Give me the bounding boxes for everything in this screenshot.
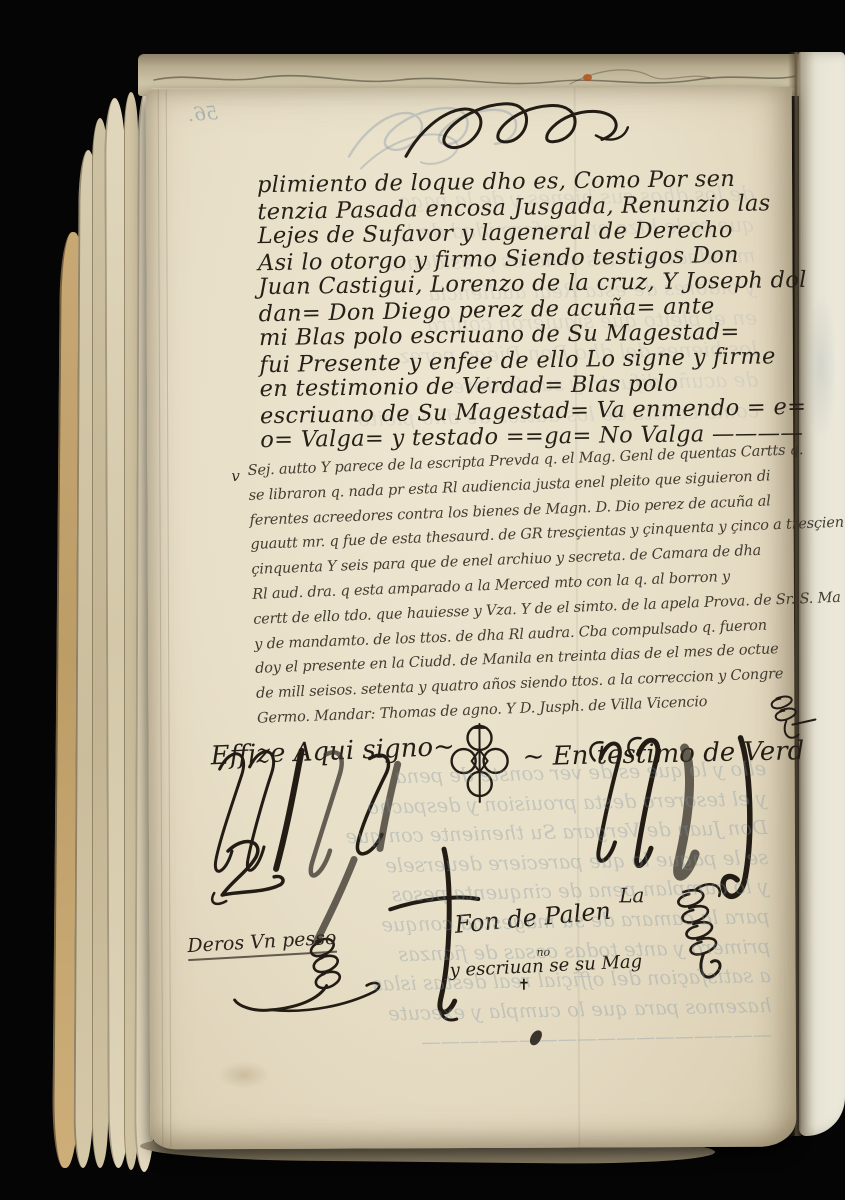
ghost-showthrough-lower: ello y lo que es de ver conste de penay … — [231, 754, 772, 1062]
marginal-check-mark: v — [231, 467, 240, 485]
folio-number: 56. — [187, 102, 219, 126]
crease-line — [166, 89, 172, 1149]
facing-page-ghost-mark — [805, 292, 837, 442]
opening-flourish — [398, 93, 633, 174]
photograph-backdrop: 56. de los dhos sus bienes y de la pagaq… — [0, 0, 845, 1200]
stain — [218, 1061, 270, 1089]
wax-spot — [583, 74, 592, 81]
manuscript-page: 56. de los dhos sus bienes y de la pagaq… — [146, 87, 797, 1150]
main-text-block: plimiento de loque dho es, Como Por sent… — [257, 167, 766, 454]
crease-line — [158, 89, 164, 1149]
annotation-block: Sej. autto Y parece de la escripta Prevd… — [247, 438, 817, 732]
